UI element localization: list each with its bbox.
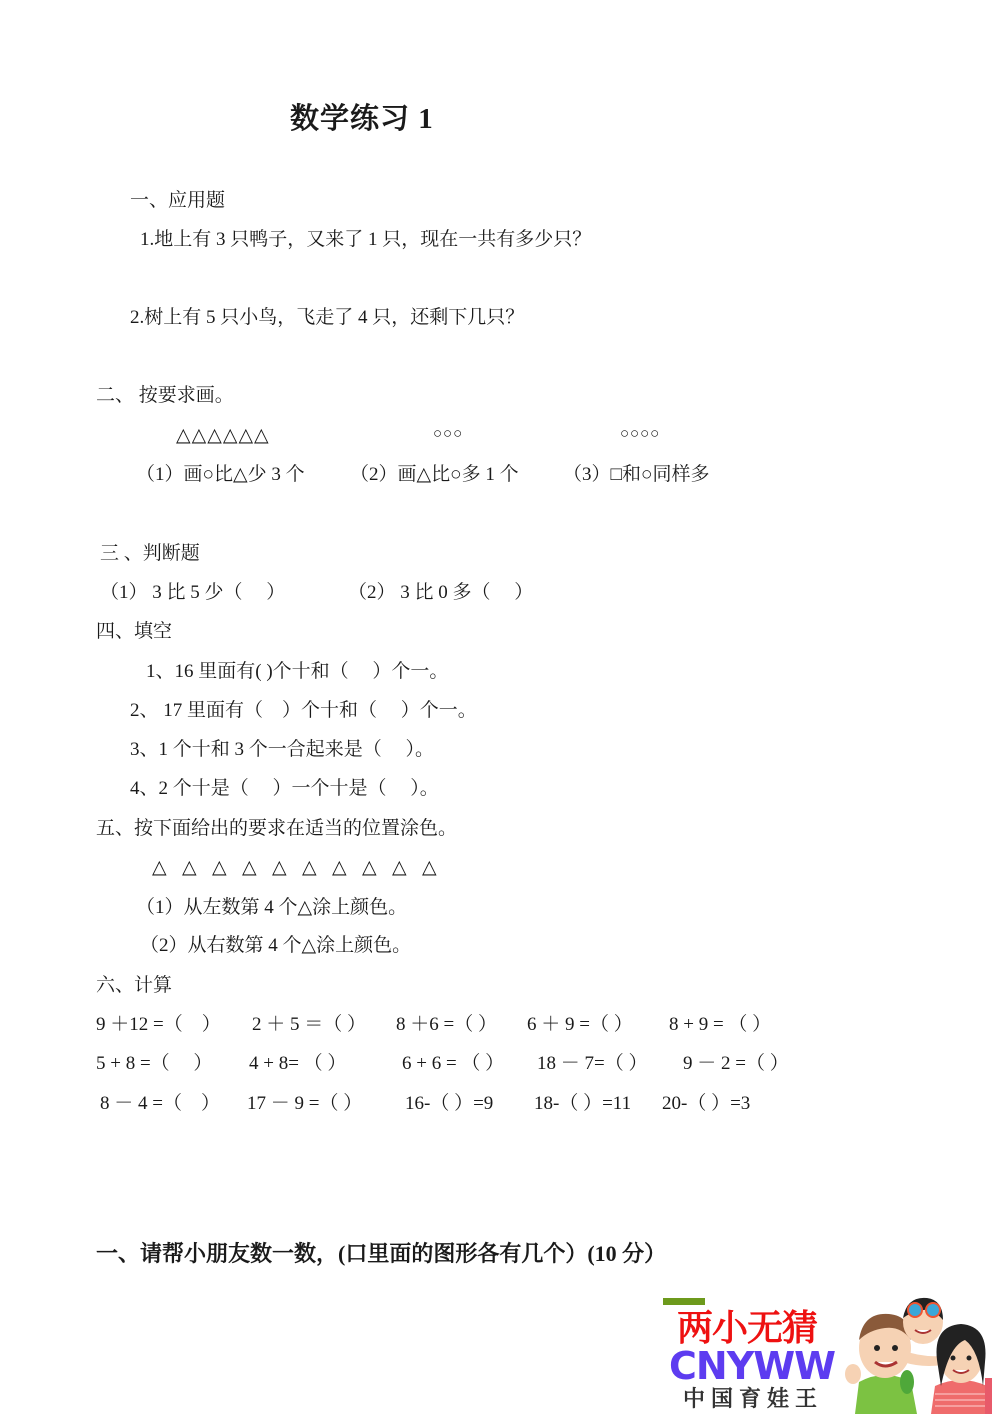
word-problem-2: 2.树上有 5 只小鸟，飞走了 4 只，还剩下几只？ [130, 306, 524, 330]
section-heading-5: 五、按下面给出的要求在适当的位置涂色。 [96, 817, 457, 841]
triangle-9: △ [392, 856, 422, 879]
calc-3-1: 8 － 4 =（ ） [100, 1092, 220, 1116]
section-heading-6: 六、计算 [96, 974, 172, 998]
calc-3-4: 18-（ ）=11 [534, 1092, 631, 1116]
page-title: 数学练习 1 [290, 96, 434, 137]
calc-3-5: 20-（ ）=3 [662, 1092, 750, 1116]
calc-2-4: 18 － 7=（ ） [537, 1052, 647, 1076]
calc-3-3: 16-（ ）=9 [405, 1092, 493, 1116]
calc-1-5: 8 + 9 = （ ） [669, 1013, 771, 1037]
calc-2-5: 9 － 2 =（ ） [683, 1052, 789, 1076]
logo-subtitle: 中国育娃王 [683, 1382, 823, 1413]
section-heading-3: 三 、判断题 [100, 542, 200, 566]
triangle-4: △ [242, 856, 272, 879]
calc-1-4: 6 ＋ 9 =（ ） [527, 1013, 633, 1037]
section-heading-4: 四、填空 [96, 620, 172, 644]
triangle-group: △△△△△△ [176, 424, 270, 447]
circle-group-4: ○○○○ [620, 426, 660, 443]
triangle-8: △ [362, 856, 392, 879]
section-heading-1: 一、应用题 [130, 189, 225, 213]
color-task-1: （1）从左数第 4 个△涂上颜色。 [136, 896, 407, 920]
calc-2-1: 5 + 8 =（ ） [96, 1052, 212, 1076]
judge-item-2: （2） 3 比 0 多（ ） [348, 581, 533, 605]
family-illustration-icon [845, 1290, 1000, 1414]
calc-1-1: 9 ＋12 =（ ） [96, 1013, 221, 1037]
calc-2-3: 6 + 6 = （ ） [402, 1052, 504, 1076]
triangle-6: △ [302, 856, 332, 879]
judge-item-1: （1） 3 比 5 少（ ） [100, 581, 285, 605]
brand-logo: 两小无猜 CNYWW 中国育娃王 [655, 1290, 1000, 1414]
draw-task-3: （3）□和○同样多 [563, 463, 709, 487]
color-task-2: （2）从右数第 4 个△涂上颜色。 [140, 934, 411, 958]
fill-item-1: 1、16 里面有( )个十和（ ）个一。 [146, 660, 448, 684]
draw-task-2: （2）画△比○多 1 个 [350, 463, 519, 487]
calc-3-2: 17 － 9 =（ ） [247, 1092, 362, 1116]
part2-heading: 一、请帮小朋友数一数，(口里面的图形各有几个）(10 分） [96, 1240, 666, 1268]
triangle-3: △ [212, 856, 242, 879]
draw-task-1: （1）画○比△少 3 个 [136, 463, 305, 487]
logo-pink-bar [985, 1378, 992, 1414]
fill-item-3: 3、1 个十和 3 个一合起来是（ ）。 [130, 738, 434, 762]
triangle-7: △ [332, 856, 362, 879]
triangle-10: △ [422, 856, 452, 879]
triangle-1: △ [152, 856, 182, 879]
section-heading-2: 二、 按要求画。 [96, 384, 234, 408]
triangle-2: △ [182, 856, 212, 879]
triangle-row-10: △△△△△△△△△△ [152, 856, 452, 879]
fill-item-4: 4、2 个十是（ ）一个十是（ ）。 [130, 777, 439, 801]
circle-group-3: ○○○ [433, 426, 463, 443]
word-problem-1: 1.地上有 3 只鸭子，又来了 1 只，现在一共有多少只？ [140, 228, 591, 252]
calc-1-3: 8 ＋6 =（ ） [396, 1013, 497, 1037]
triangle-5: △ [272, 856, 302, 879]
calc-2-2: 4 + 8= （ ） [249, 1052, 346, 1076]
calc-1-2: 2 ＋ 5 ＝（ ） [252, 1013, 366, 1037]
fill-item-2: 2、 17 里面有（ ）个十和（ ）个一。 [130, 699, 477, 723]
